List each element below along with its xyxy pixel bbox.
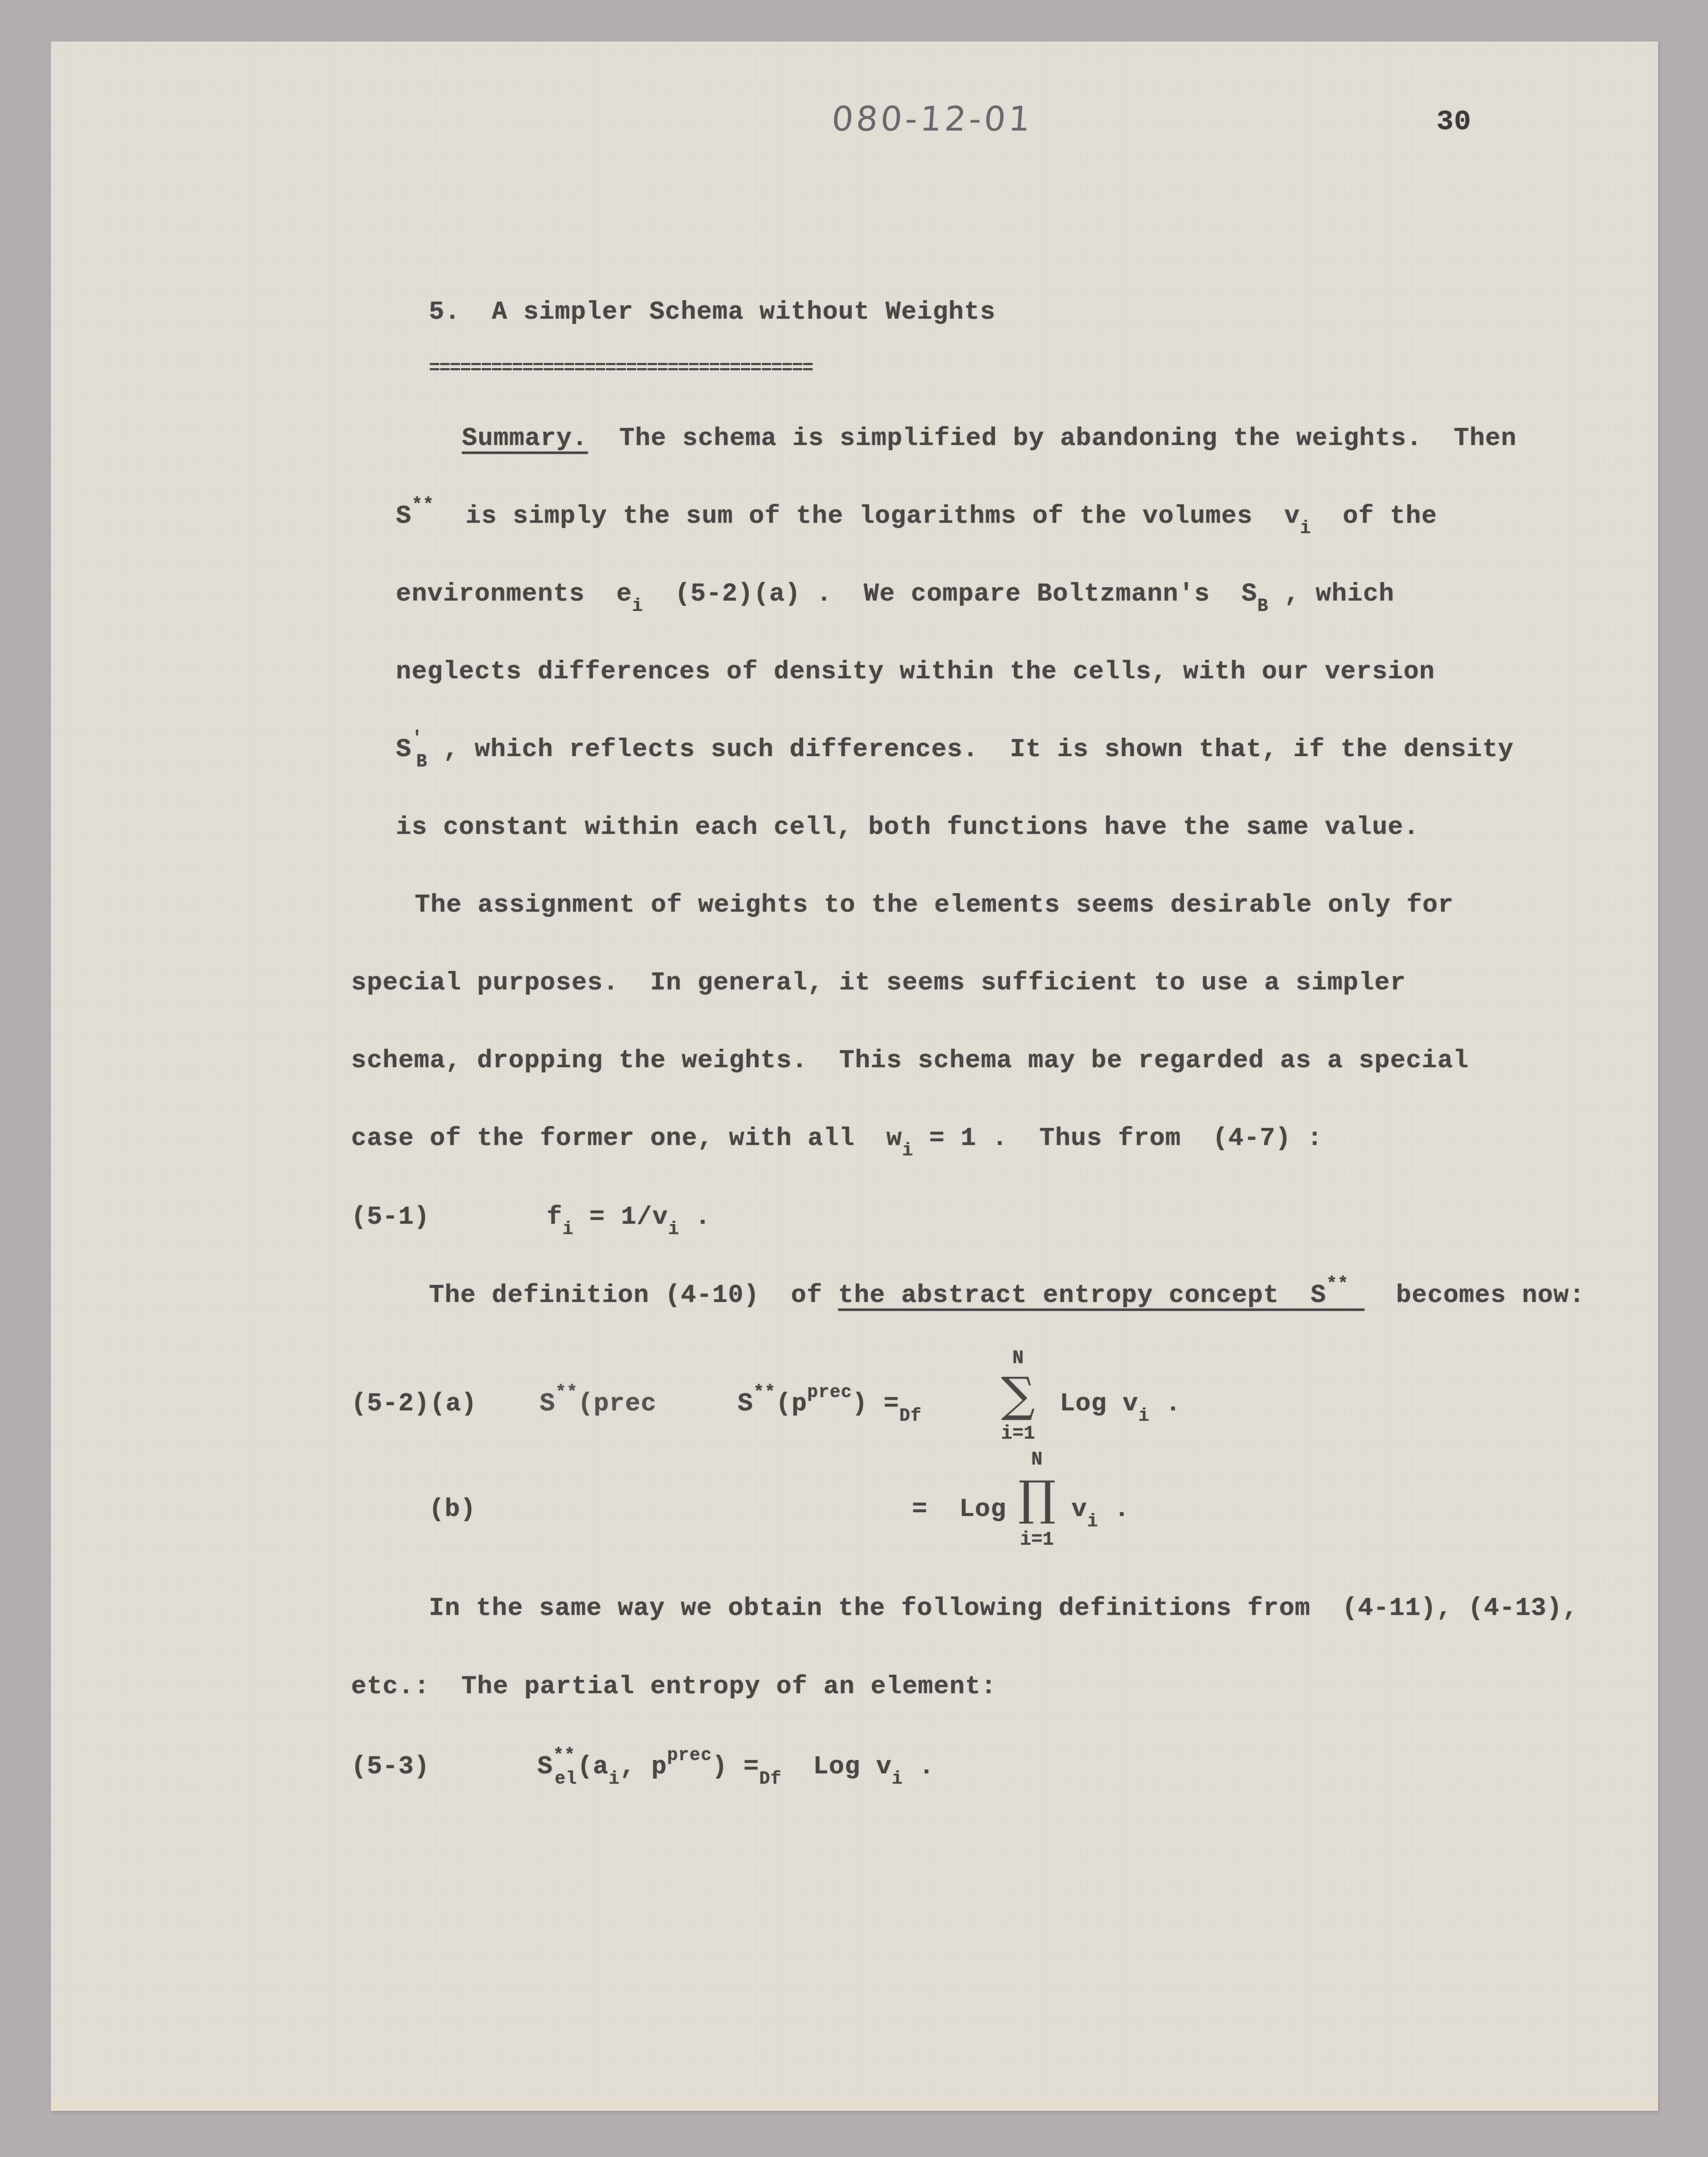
equation-5-2a-lhs: S**(pprec) =Df [738,1390,922,1418]
sum-lower-limit: i=1 [985,1424,1051,1445]
body-para3-line1: In the same way we obtain the following … [429,1594,1578,1623]
equation-5-3: S**el(ai, pprec) =Df Log vi . [537,1753,935,1781]
body-para1-line1: The assignment of weights to the element… [415,891,1454,920]
summary-line-5: S'B , which reflects such differences. I… [396,735,1514,764]
summary-line-4: neglects differences of density within t… [396,658,1435,686]
body-para1-line2: special purposes. In general, it seems s… [351,969,1406,997]
summary-line-3: environments ei (5-2)(a) . We compare Bo… [396,580,1395,609]
equation-5-2b-lhs: = Log [912,1495,1006,1524]
summary-line-2: S** is simply the sum of the logarithms … [396,502,1437,531]
summation-symbol: ∑ [990,1367,1046,1422]
underlined-concept: the abstract entropy concept S** [838,1281,1365,1310]
handwritten-archive-id: 080-12-01 [830,99,1034,139]
equation-5-1: fi = 1/vi . [547,1203,711,1232]
body-para1-line4: case of the former one, with all wi = 1 … [351,1124,1323,1153]
product-lower-limit: i=1 [1004,1530,1070,1551]
equation-5-2b-label: (b) [429,1495,476,1524]
sum-upper-limit: N [999,1348,1037,1369]
heading-rule: ===================================== [429,358,813,379]
equation-5-2b-rhs: vi . [1056,1495,1130,1524]
body-para3-line2: etc.: The partial entropy of an element: [351,1672,997,1701]
equation-5-2a-struck-fragment: S**(prec [540,1390,657,1418]
equation-5-2a-label: (5-2)(a) [351,1390,477,1418]
typed-page [51,41,1658,2111]
section-heading: 5. A simpler Schema without Weights [429,298,996,327]
equation-5-2a-rhs: Log vi . [1044,1390,1181,1418]
equation-5-1-label: (5-1) [351,1203,430,1232]
product-upper-limit: N [1018,1449,1056,1471]
page-number: 30 [1437,106,1471,138]
body-para1-line3: schema, dropping the weights. This schem… [351,1046,1469,1075]
summary-line-6: is constant within each cell, both funct… [396,813,1419,842]
summary-line-1: Summary. The schema is simplified by aba… [462,424,1517,453]
body-para2: The definition (4-10) of the abstract en… [429,1281,1585,1310]
equation-5-3-label: (5-3) [351,1753,430,1781]
summary-label: Summary. [462,424,588,453]
